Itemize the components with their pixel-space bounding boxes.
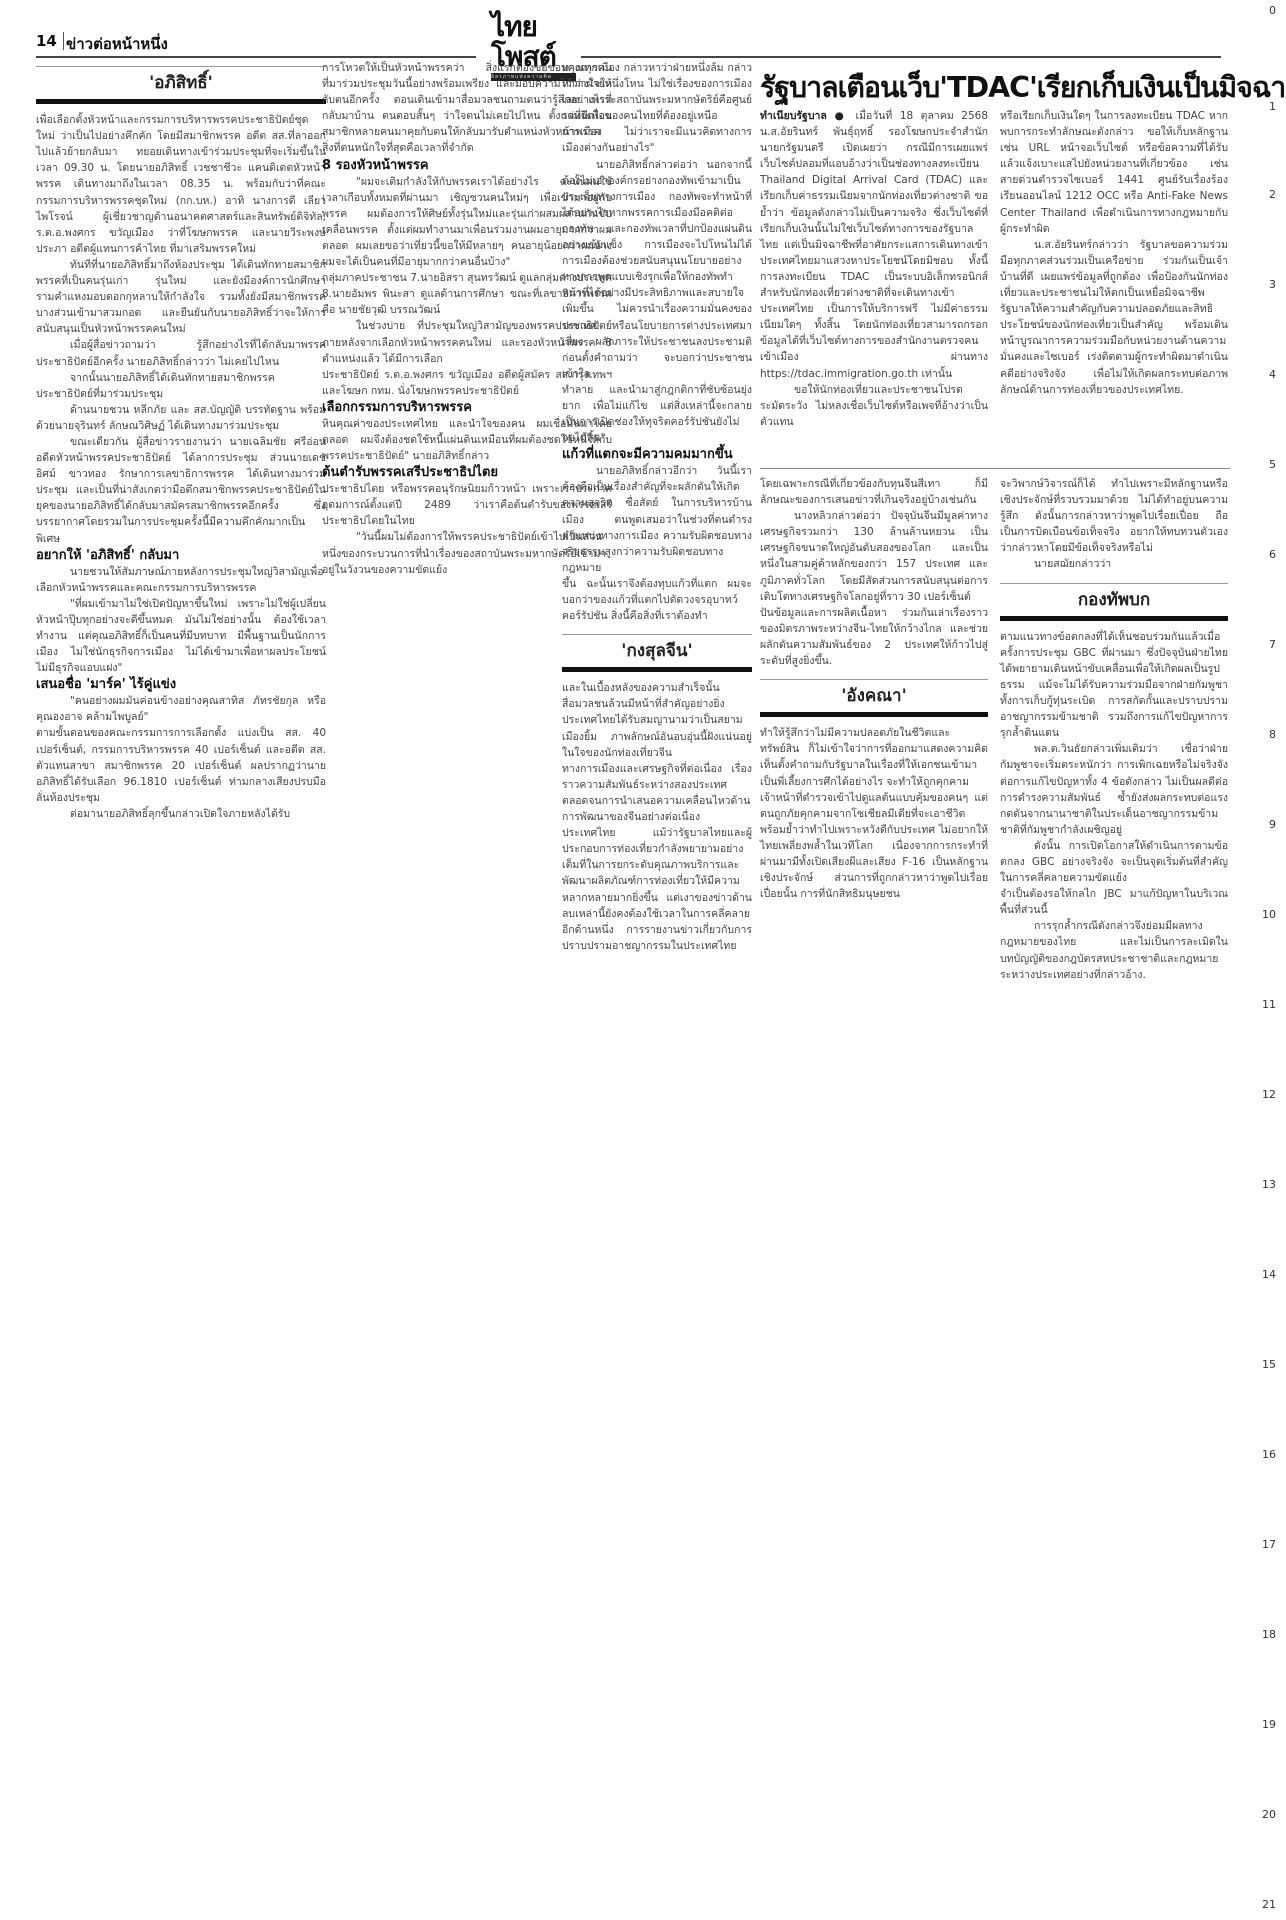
paragraph: นายอภิสิทธิ์กล่าวอีกว่า วันนี้เราต้องถือ…: [562, 463, 752, 576]
margin-number: 10: [1262, 908, 1276, 921]
paragraph: ด้านนายชวน หลีกภัย และ สส.บัญญัติ บรรทัด…: [36, 402, 326, 434]
divider: [562, 634, 752, 635]
paragraph: นายชวนให้สัมภาษณ์ภายหลังการประชุมใหญ่วิส…: [36, 564, 326, 596]
margin-number: 6: [1269, 548, 1276, 561]
margin-number: 8: [1269, 728, 1276, 741]
divider: [36, 66, 326, 67]
paragraph: "ที่ผมเข้ามาไม่ใช่เปิดปัญหาขึ้นใหม่ เพรา…: [36, 596, 326, 676]
margin-number: 3: [1269, 278, 1276, 291]
margin-number: 4: [1269, 368, 1276, 381]
paragraph: ทำเนียบรัฐบาล ● เมื่อวันที่ 18 ตุลาคม 25…: [760, 108, 988, 382]
newspaper-page: 14 ข่าวต่อหน้าหนึ่ง ไทยโพสต์ อิสรภาพแห่ง…: [0, 0, 1240, 1920]
paragraph: เจ้าหน้าที่ตำรวจเข้าไปดูแลต้นแบบคุ้มของค…: [760, 790, 988, 903]
margin-number: 19: [1262, 1718, 1276, 1731]
paragraph: เพื่อเลือกตั้งหัวหน้าและกรรมการบริหารพรร…: [36, 112, 326, 257]
margin-number: 20: [1262, 1808, 1276, 1821]
margin-number: 13: [1262, 1178, 1276, 1191]
section-title-abhisit: 'อภิสิทธิ์': [36, 75, 326, 91]
margin-number: 17: [1262, 1538, 1276, 1551]
paragraph: โดยเฉพาะกรณีที่เกี่ยวข้องกับทุนจีนสีเทา …: [760, 476, 988, 508]
margin-number: 7: [1269, 638, 1276, 651]
paragraph: จากนั้นนายอภิสิทธิ์ได้เดินทักทายสมาชิกพร…: [36, 370, 326, 402]
subhead: แก้วที่แตกจะมีความคมมากขึ้น: [562, 447, 752, 463]
margin-number: 12: [1262, 1088, 1276, 1101]
paragraph: "คนอย่างผมมันค่อนข้างอย่างคุณสาทิส ภัทรช…: [36, 693, 326, 725]
header-rule-left: [36, 56, 476, 58]
paragraph: ขอให้นักท่องเที่ยวและประชาชนโปรดระมัดระว…: [760, 382, 988, 430]
section-title-chinese-consul: 'กงสุลจีน': [562, 643, 752, 659]
paragraph: พล.ต.วินธัยกล่าวเพิ่มเติมว่า เชื่อว่าฝ่า…: [1000, 741, 1228, 838]
paragraph: นายอภิสิทธิ์กล่าวต่อว่า นอกจากนี้ต้องไม่…: [562, 157, 752, 382]
margin-number: 15: [1262, 1358, 1276, 1371]
subhead: อยากให้ 'อภิสิทธิ์' กลับมา: [36, 548, 326, 564]
column-china-angkhana: โดยเฉพาะกรณีที่เกี่ยวข้องกับทุนจีนสีเทา …: [760, 476, 988, 902]
paragraph: นางหลิวกล่าวต่อว่า ปัจจุบันจีนมีมูลค่าทา…: [760, 508, 988, 605]
margin-number: 5: [1269, 458, 1276, 471]
paragraph: ประเทศไทย แม้ว่ารัฐบาลไทยและผู้ประกอบการ…: [562, 825, 752, 954]
paragraph: จะวิพากษ์วิจารณ์ก็ได้ ทำไปเพราะมีหลักฐาน…: [1000, 476, 1228, 556]
divider-thick: [562, 667, 752, 672]
section-name: ข่าวต่อหน้าหนึ่ง: [66, 32, 168, 56]
margin-number: 2: [1269, 188, 1276, 201]
paragraph: ทันทีที่นายอภิสิทธิ์มาถึงห้องประชุม ได้เ…: [36, 257, 326, 337]
column-army: จะวิพากษ์วิจารณ์ก็ได้ ทำไปเพราะมีหลักฐาน…: [1000, 476, 1228, 983]
divider: [760, 679, 988, 680]
tdac-column-b: หรือเรียกเก็บเงินใดๆ ในการลงทะเบียน TDAC…: [1000, 108, 1228, 398]
article-text: เมื่อวันที่ 18 ตุลาคม 2568 น.ส.อัยรินทร์…: [760, 110, 988, 380]
tdac-column-a: ทำเนียบรัฐบาล ● เมื่อวันที่ 18 ตุลาคม 25…: [760, 108, 988, 430]
paragraph: ขึ้น ฉะนั้นเราจึงต้องทุบแก้วที่แตก ผมจะบ…: [562, 576, 752, 624]
header-rule-right: [581, 56, 1221, 58]
paragraph: ทางการเมืองและเศรษฐกิจที่ต่อเนื่อง เรื่อ…: [562, 761, 752, 825]
paragraph: หรือเรียกเก็บเงินใดๆ ในการลงทะเบียน TDAC…: [1000, 108, 1228, 237]
subhead: เสนอชื่อ 'มาร์ค' ไร้คู่แข่ง: [36, 677, 326, 693]
margin-number: 11: [1262, 998, 1276, 1011]
margin-number: 14: [1262, 1268, 1276, 1281]
divider-thick: [760, 712, 988, 717]
divider-thick: [1000, 616, 1228, 621]
paragraph: ทำให้รู้สึกว่าไม่มีความปลอดภัยในชีวิตและ…: [760, 725, 988, 789]
margin-number: 0: [1269, 4, 1276, 17]
column-abhisit-3-text: ทางการเมือง กล่าวหาว่าฝ่ายหนึ่งล้ม กล่าว…: [562, 60, 752, 954]
paragraph: ตามแนวทางข้อตกลงที่ได้เห็นชอบร่วมกันแล้ว…: [1000, 629, 1228, 742]
paragraph: ทำลาย และนำมาสู่กฎกติกาที่ซับซ้อนยุ่งยาก…: [562, 382, 752, 446]
paragraph: และในเบื้องหลังของความสำเร็จนั้น สื่อมวล…: [562, 680, 752, 760]
page-header: 14 ข่าวต่อหน้าหนึ่ง ไทยโพสต์ อิสรภาพแห่ง…: [36, 12, 1221, 58]
dateline: ทำเนียบรัฐบาล ●: [760, 110, 848, 122]
divider: [1000, 583, 1228, 584]
paragraph: จำเป็นต้องรอให้กลไก JBC มาแก้ปัญหาในบริเ…: [1000, 886, 1228, 918]
paragraph: นายสฌัยกล่าวว่า: [1000, 556, 1228, 572]
page-number: 14: [36, 32, 64, 50]
column-abhisit-1: 'อภิสิทธิ์' เพื่อเลือกตั้งหัวหน้าและกรรม…: [36, 66, 326, 822]
margin-number: 18: [1262, 1628, 1276, 1641]
margin-number: 9: [1269, 818, 1276, 831]
paragraph: ตามขั้นตอนของคณะกรรมการการเลือกตั้ง แบ่ง…: [36, 725, 326, 805]
headline-tdac: รัฐบาลเตือนเว็บ'TDAC'เรียกเก็บเงินเป็นมิ…: [760, 64, 1220, 110]
paragraph: ทางการเมือง กล่าวหาว่าฝ่ายหนึ่งล้ม กล่าว…: [562, 60, 752, 157]
paragraph: เมื่อผู้สื่อข่าวถามว่า รู้สึกอย่างไรที่ไ…: [36, 337, 326, 369]
article-divider: [760, 468, 1230, 469]
paragraph: ขณะเดียวกัน ผู้สื่อข่าวรายงานว่า นายเฉลิ…: [36, 434, 326, 547]
section-title-army: กองทัพบก: [1000, 592, 1228, 608]
margin-number: 16: [1262, 1448, 1276, 1461]
margin-number: 21: [1262, 1898, 1276, 1911]
margin-number: 1: [1269, 100, 1276, 113]
divider-thick: [36, 99, 326, 104]
section-title-angkhana: 'อังคณา': [760, 688, 988, 704]
paragraph: ต่อมานายอภิสิทธิ์ลุกขึ้นกล่าวเปิดใจภายหล…: [36, 806, 326, 822]
margin-line-numbers: 0 1 2 3 4 5 6 7 8 9 10 11 12 13 14 15 16…: [1246, 0, 1276, 1920]
paragraph: ปันข้อมูลและการผลิตเนื้อหา ร่วมกันเล่าเร…: [760, 605, 988, 669]
paragraph: ดังนั้น การเปิดโอกาสให้ดำเนินการตามข้อตก…: [1000, 838, 1228, 886]
paragraph: การรุกล้ำกรณีดังกล่าวจึงย่อมมีผลทางกฎหมา…: [1000, 918, 1228, 982]
paragraph: น.ส.อัยรินทร์กล่าวว่า รัฐบาลขอความร่วมมื…: [1000, 237, 1228, 398]
